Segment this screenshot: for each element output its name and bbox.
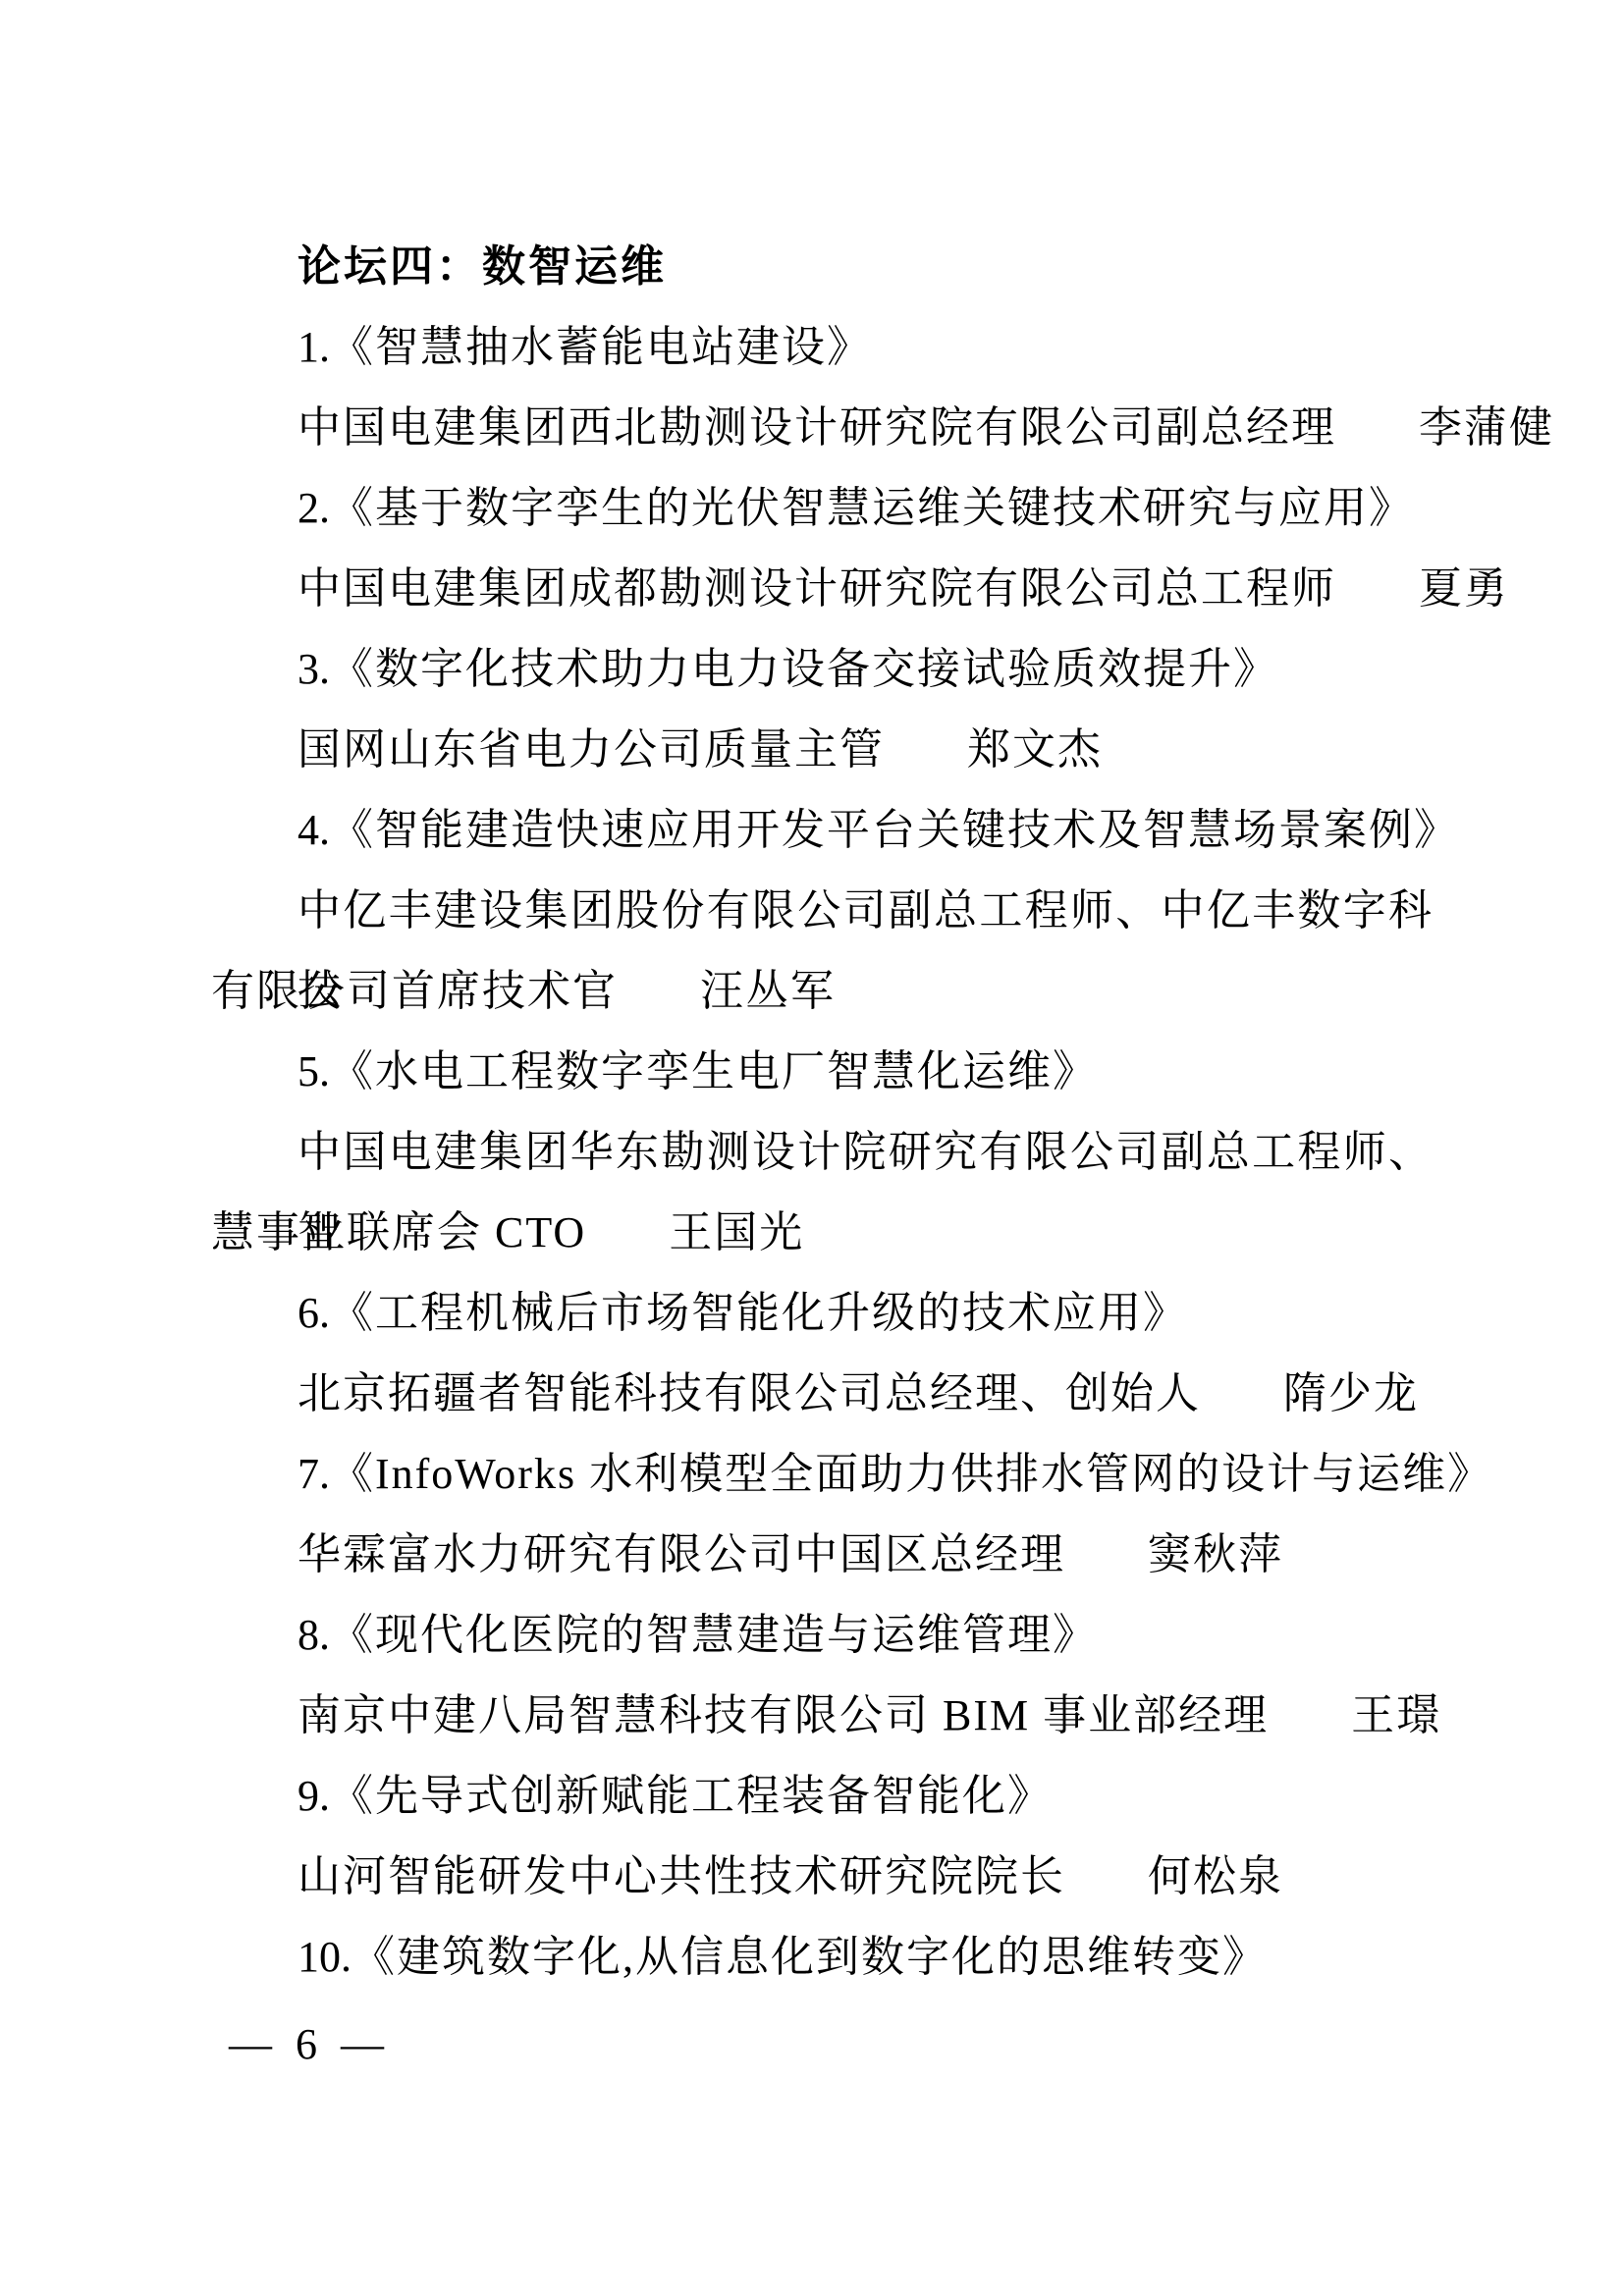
speaker-role-text: 国网山东省电力公司质量主管 <box>298 725 885 774</box>
talk-number: 5. <box>298 1047 330 1095</box>
speaker-name: 王璟 <box>1351 1691 1441 1739</box>
talk-number: 10. <box>298 1933 352 1981</box>
section-heading: 论坛四：数智运维 <box>211 227 1434 307</box>
talk-title-line: 6.《工程机械后市场智能化升级的技术应用》 <box>211 1273 1434 1354</box>
talk-number: 6. <box>298 1289 330 1337</box>
speaker-name: 李蒲健 <box>1419 403 1554 452</box>
speaker-name: 夏勇 <box>1419 564 1509 613</box>
talk-title: 《水电工程数字孪生电厂智慧化运维》 <box>330 1047 1098 1095</box>
talk-number: 1. <box>298 323 330 371</box>
talk-title: 《数字化技术助力电力设备交接试验质效提升》 <box>330 645 1278 693</box>
talk-title-line: 9.《先导式创新赋能工程装备智能化》 <box>211 1756 1434 1837</box>
page-number: 6 <box>296 2020 317 2068</box>
talk-number: 9. <box>298 1772 330 1820</box>
speaker-role-text: 山河智能研发中心共性技术研究院院长 <box>298 1852 1065 1900</box>
talk-title: 《智慧抽水蓄能电站建设》 <box>330 323 872 371</box>
speaker-name: 王国光 <box>669 1208 804 1256</box>
speaker-line: 华霖富水力研究有限公司中国区总经理窦秋萍 <box>211 1515 1434 1595</box>
document-page: 论坛四：数智运维 1.《智慧抽水蓄能电站建设》中国电建集团西北勘测设计研究院有限… <box>0 0 1623 2296</box>
speaker-name: 隋少龙 <box>1283 1369 1419 1417</box>
talk-title: 《工程机械后市场智能化升级的技术应用》 <box>330 1289 1188 1337</box>
speaker-role-text: 中国电建集团西北勘测设计研究院有限公司副总经理 <box>298 403 1336 452</box>
speaker-line: 中亿丰建设集团股份有限公司副总工程师、中亿丰数字科技 <box>211 871 1434 951</box>
speaker-role-text: 华霖富水力研究有限公司中国区总经理 <box>298 1530 1065 1578</box>
speaker-name: 郑文杰 <box>967 725 1103 774</box>
speaker-line: 国网山东省电力公司质量主管郑文杰 <box>211 710 1434 790</box>
talk-title-line: 10.《建筑数字化,从信息化到数字化的思维转变》 <box>211 1917 1434 1998</box>
talk-title-line: 3.《数字化技术助力电力设备交接试验质效提升》 <box>211 629 1434 710</box>
talk-title-line: 4.《智能建造快速应用开发平台关键技术及智慧场景案例》 <box>211 790 1434 871</box>
speaker-line: 中国电建集团西北勘测设计研究院有限公司副总经理李蒲健 <box>211 388 1434 468</box>
footer-dash-left: — <box>229 2020 272 2068</box>
talk-number: 3. <box>298 645 330 693</box>
talk-title: 《基于数字孪生的光伏智慧运维关键技术研究与应用》 <box>330 484 1414 532</box>
speaker-line: 山河智能研发中心共性技术研究院院长何松泉 <box>211 1837 1434 1917</box>
speaker-name: 窦秋萍 <box>1148 1530 1283 1578</box>
speaker-name: 何松泉 <box>1148 1852 1283 1900</box>
talk-title-line: 1.《智慧抽水蓄能电站建设》 <box>211 307 1434 388</box>
talk-title: 《先导式创新赋能工程装备智能化》 <box>330 1772 1053 1820</box>
speaker-line: 北京拓疆者智能科技有限公司总经理、创始人隋少龙 <box>211 1354 1434 1434</box>
talk-title-line: 8.《现代化医院的智慧建造与运维管理》 <box>211 1595 1434 1676</box>
talk-title: 《InfoWorks 水利模型全面助力供排水管网的设计与运维》 <box>330 1450 1492 1498</box>
talk-title: 《现代化医院的智慧建造与运维管理》 <box>330 1611 1098 1659</box>
talk-title-line: 5.《水电工程数字孪生电厂智慧化运维》 <box>211 1032 1434 1112</box>
speaker-name: 汪丛军 <box>700 967 836 1015</box>
talk-title: 《智能建造快速应用开发平台关键技术及智慧场景案例》 <box>330 806 1459 854</box>
speaker-line: 中国电建集团华东勘测设计院研究有限公司副总工程师、智 <box>211 1112 1434 1193</box>
footer-dash-right: — <box>341 2020 384 2068</box>
talk-title-line: 7.《InfoWorks 水利模型全面助力供排水管网的设计与运维》 <box>211 1434 1434 1515</box>
talk-title-line: 2.《基于数字孪生的光伏智慧运维关键技术研究与应用》 <box>211 468 1434 549</box>
talk-number: 7. <box>298 1450 330 1498</box>
speaker-role-text: 中国电建集团成都勘测设计研究院有限公司总工程师 <box>298 564 1336 613</box>
speaker-line: 中国电建集团成都勘测设计研究院有限公司总工程师夏勇 <box>211 549 1434 629</box>
talk-number: 4. <box>298 806 330 854</box>
text-block: 论坛四：数智运维 1.《智慧抽水蓄能电站建设》中国电建集团西北勘测设计研究院有限… <box>211 227 1434 1998</box>
speaker-line: 有限公司首席技术官汪丛军 <box>211 951 1434 1032</box>
speaker-role-text: 慧事业联席会 CTO <box>211 1208 586 1256</box>
page-footer: —6— <box>229 2004 384 2085</box>
talk-number: 2. <box>298 484 330 532</box>
talk-title: 《建筑数字化,从信息化到数字化的思维转变》 <box>352 1933 1268 1981</box>
speaker-role-text: 有限公司首席技术官 <box>211 967 618 1015</box>
speaker-role-text: 南京中建八局智慧科技有限公司 BIM 事业部经理 <box>298 1691 1269 1739</box>
speaker-line: 慧事业联席会 CTO王国光 <box>211 1193 1434 1273</box>
talk-number: 8. <box>298 1611 330 1659</box>
speaker-role-text: 北京拓疆者智能科技有限公司总经理、创始人 <box>298 1369 1201 1417</box>
speaker-line: 南京中建八局智慧科技有限公司 BIM 事业部经理王璟 <box>211 1676 1434 1756</box>
